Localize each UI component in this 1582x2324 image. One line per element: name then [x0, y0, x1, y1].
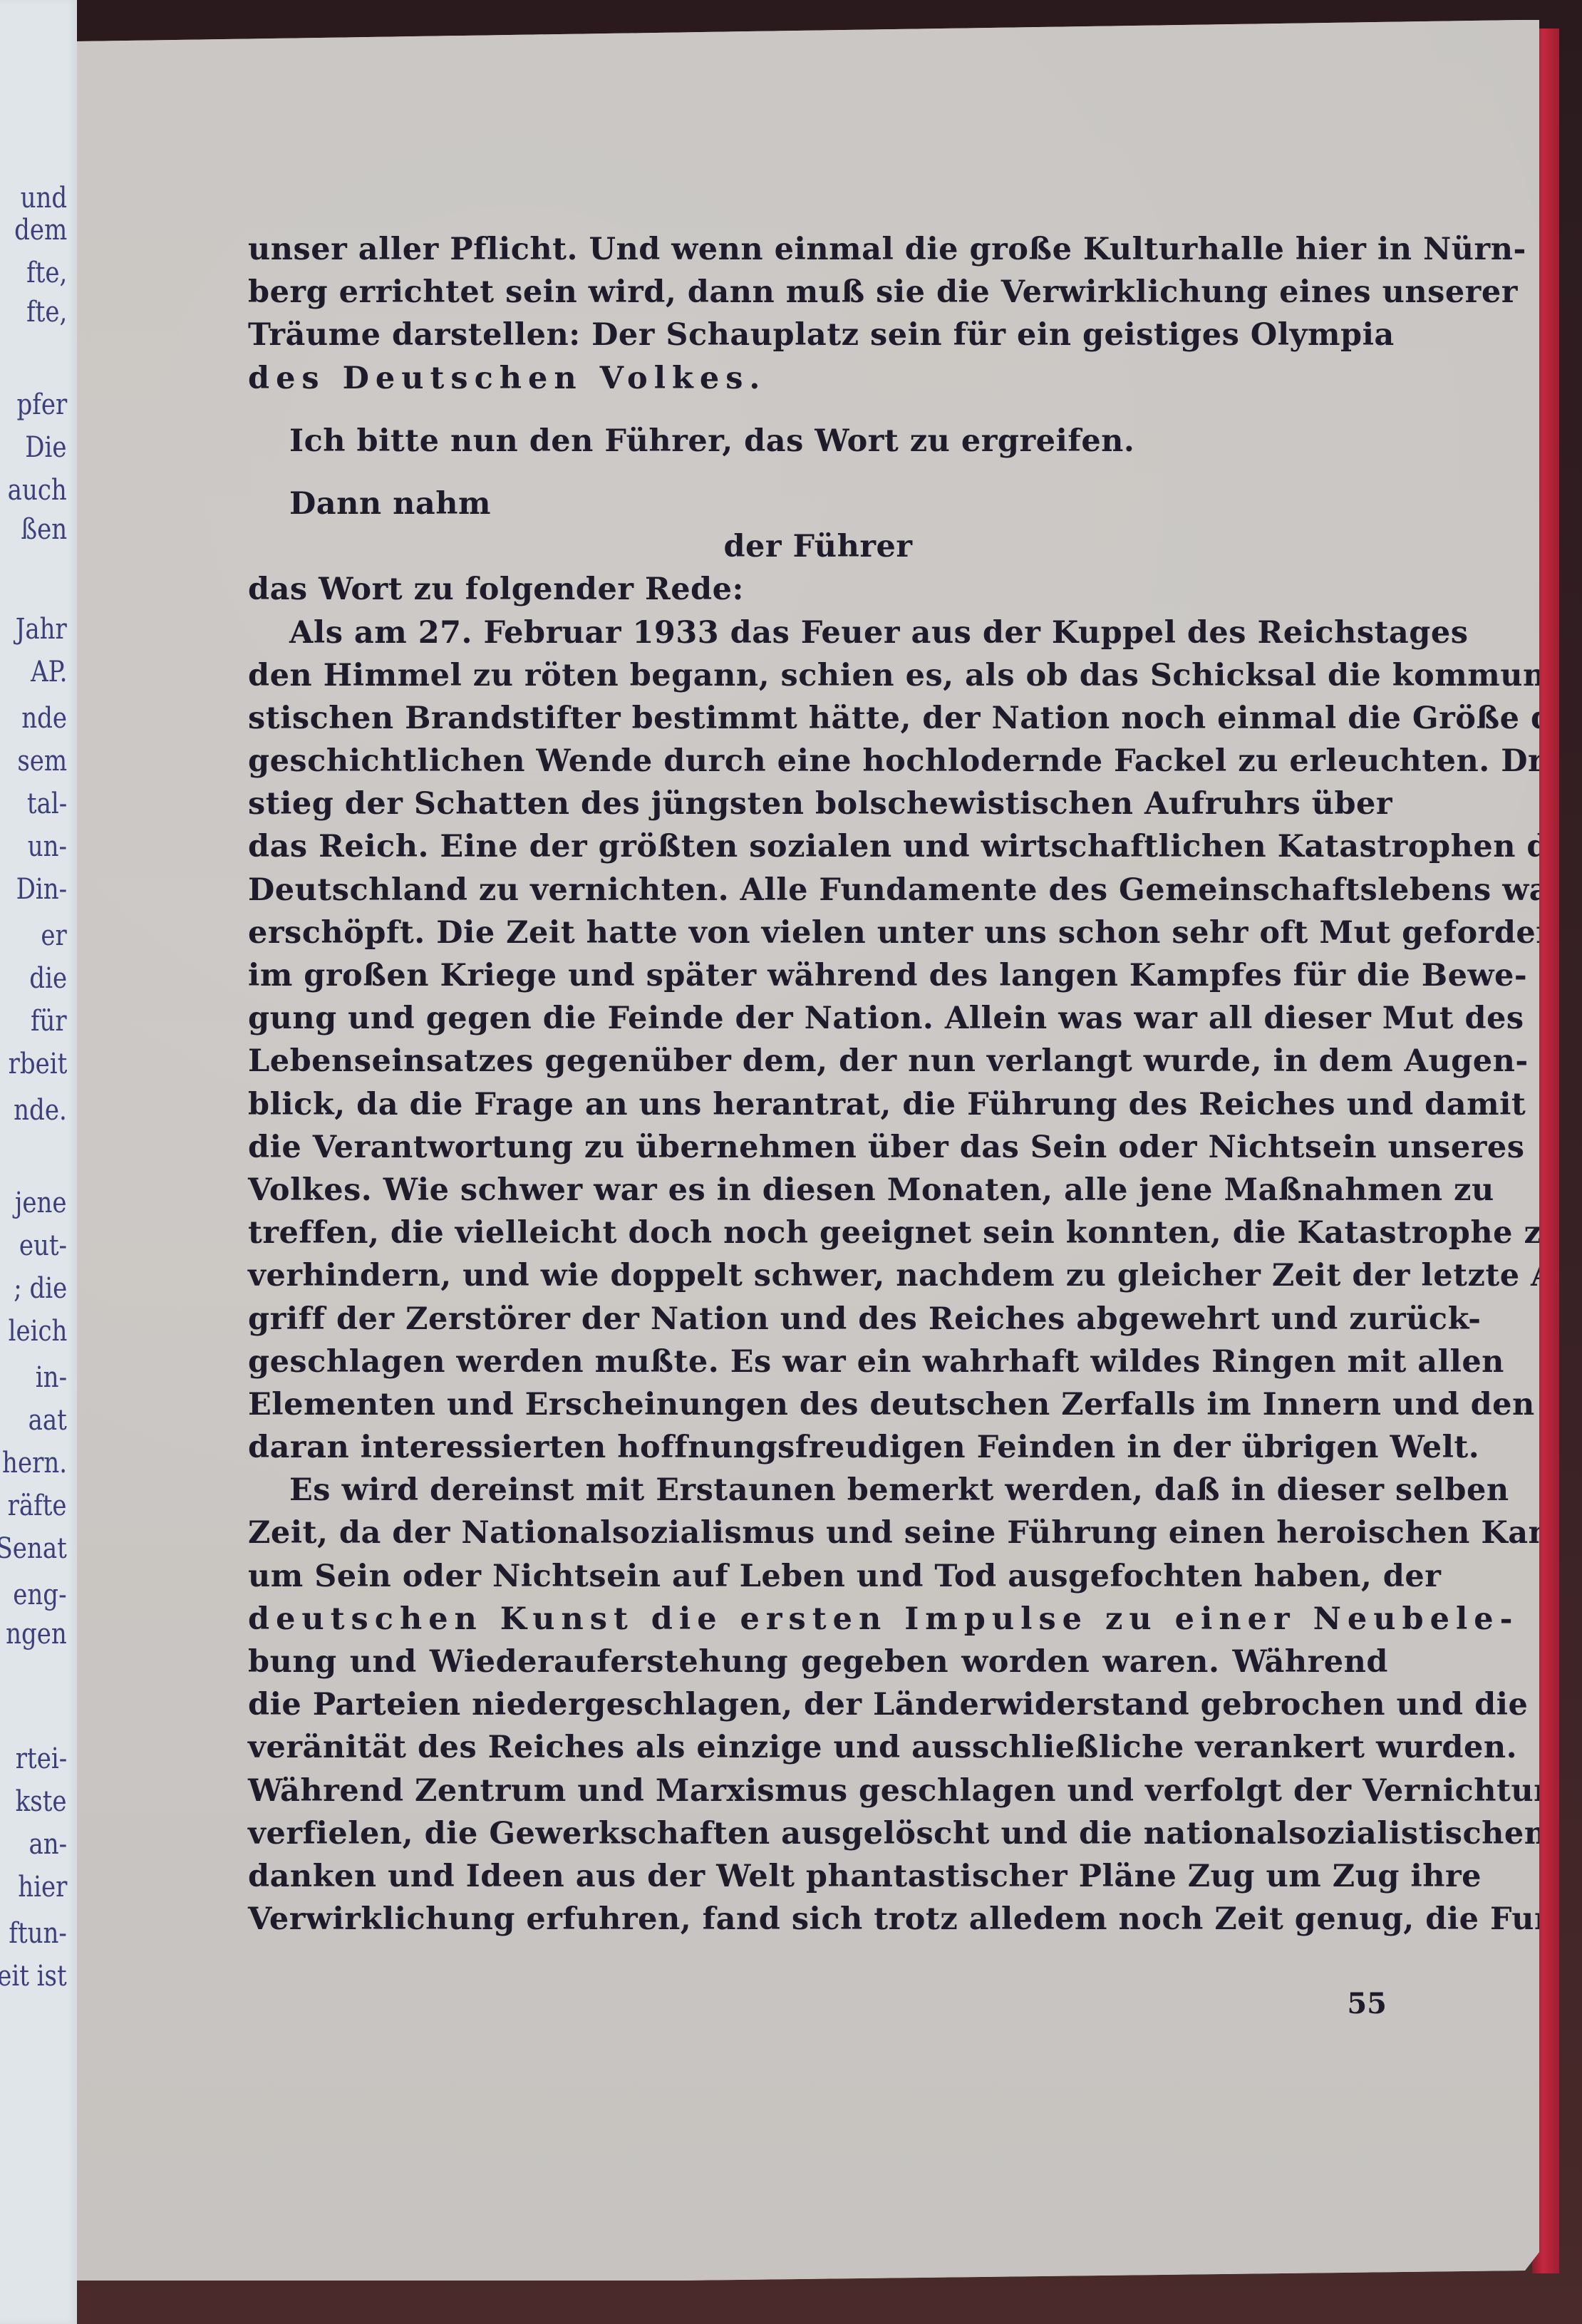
text-line: veränität des Reiches als einzige und au… [248, 1726, 1388, 1769]
left-page-fragment: Senat [0, 1532, 67, 1565]
text-line: Dann nahm [248, 482, 1388, 525]
text-line: Ich bitte nun den Führer, das Wort zu er… [248, 420, 1388, 463]
text-line: Elementen und Erscheinungen des deutsche… [248, 1383, 1388, 1426]
text-line: Träume darstellen: Der Schauplatz sein f… [248, 314, 1388, 356]
left-page-fragment: hern. [2, 1447, 67, 1479]
text-line: um Sein oder Nichtsein auf Leben und Tod… [248, 1555, 1388, 1598]
left-page-fragment: dem [14, 214, 67, 247]
left-page-fragment: ; die [14, 1272, 67, 1305]
left-page-fragment: rbeit [8, 1048, 67, 1080]
speaker-heading: der Führer [248, 525, 1388, 568]
left-page-fragment: AP. [31, 656, 67, 688]
left-page-fragment: hier [18, 1871, 67, 1904]
page-body-text: unser aller Pflicht. Und wenn einmal die… [248, 228, 1388, 1941]
text-line: im großen Kriege und später während des … [248, 954, 1388, 997]
text-line: die Parteien niedergeschlagen, der Lände… [248, 1683, 1388, 1726]
left-page-fragment: tal- [27, 787, 67, 820]
left-page-fragment: er [41, 919, 67, 952]
text-line: Als am 27. Februar 1933 das Feuer aus de… [248, 611, 1388, 654]
text-line: das Wort zu folgender Rede: [248, 568, 1388, 611]
text-line: daran interessierten hoffnungsfreudigen … [248, 1426, 1388, 1469]
text-line: verhindern, und wie doppelt schwer, nach… [248, 1254, 1388, 1297]
text-line: Es wird dereinst mit Erstaunen bemerkt w… [248, 1469, 1388, 1512]
left-page-fragment: kste [16, 1785, 67, 1818]
left-page-fragment: sem [17, 745, 67, 778]
spacer [248, 463, 1388, 482]
text-line: Zeit, da der Nationalsozialismus und sei… [248, 1512, 1388, 1554]
text-line: deutschen Kunst die ersten Impulse zu ei… [248, 1598, 1388, 1641]
left-page-fragment: in- [36, 1361, 67, 1394]
text-line: Verwirklichung erfuhren, fand sich trotz… [248, 1898, 1388, 1941]
left-page-fragment: jene [15, 1187, 67, 1219]
text-line: Deutschland zu vernichten. Alle Fundamen… [248, 869, 1388, 911]
text-line: stischen Brandstifter bestimmt hätte, de… [248, 697, 1388, 740]
text-line: verfielen, die Gewerkschaften ausgelösch… [248, 1812, 1388, 1855]
left-page: unddemfte,fte,pferDieauchßenJahrAP.ndese… [0, 0, 77, 2324]
text-line: danken und Ideen aus der Welt phantastis… [248, 1855, 1388, 1898]
text-line: geschlagen werden mußte. Es war ein wahr… [248, 1341, 1388, 1383]
text-line: das Reich. Eine der größten sozialen und… [248, 825, 1388, 868]
spacer [248, 400, 1388, 420]
text-line: Lebenseinsatzes gegenüber dem, der nun v… [248, 1040, 1388, 1083]
text-line: Während Zentrum und Marxismus geschlagen… [248, 1770, 1388, 1812]
text-line: des Deutschen Volkes. [248, 357, 1388, 400]
left-page-fragment: aat [29, 1404, 67, 1437]
text-line: erschöpft. Die Zeit hatte von vielen unt… [248, 911, 1388, 954]
left-page-fragment: räfte [8, 1489, 67, 1522]
left-page-fragment: nde [21, 702, 67, 735]
text-line: berg errichtet sein wird, dann muß sie d… [248, 271, 1388, 314]
left-page-fragment: leich [8, 1315, 67, 1348]
left-page-fragment: für [31, 1005, 67, 1038]
text-line: Volkes. Wie schwer war es in diesen Mona… [248, 1169, 1388, 1212]
left-page-fragment: fte, [26, 296, 67, 329]
page-number: 55 [1330, 1987, 1387, 2020]
left-page-fragment: nde. [14, 1094, 67, 1127]
text-line: treffen, die vielleicht doch noch geeign… [248, 1212, 1388, 1254]
left-page-fragment: ßen [21, 513, 67, 546]
left-page-fragment: eit ist [0, 1960, 67, 1993]
left-page-fragment: und [20, 182, 67, 215]
text-line: stieg der Schatten des jüngsten bolschew… [248, 783, 1388, 825]
text-line: griff der Zerstörer der Nation und des R… [248, 1298, 1388, 1341]
left-page-fragment: rtei- [16, 1742, 67, 1775]
left-page-fragment: Din- [16, 873, 67, 906]
left-page-fragment: an- [29, 1828, 67, 1861]
left-page-fragment: eut- [19, 1229, 67, 1262]
text-line: den Himmel zu röten begann, schien es, a… [248, 654, 1388, 697]
left-page-fragment: eng- [14, 1579, 67, 1611]
left-page-fragment: auch [8, 474, 67, 507]
text-line: blick, da die Frage an uns herantrat, di… [248, 1083, 1388, 1126]
left-page-fragment: Die [26, 431, 67, 464]
left-page-fragment: die [29, 962, 67, 995]
left-page-fragment: fte, [26, 257, 67, 289]
left-page-fragment: ftun- [9, 1917, 67, 1950]
text-line: bung und Wiederauferstehung gegeben word… [248, 1641, 1388, 1683]
left-page-fragment: un- [28, 830, 67, 863]
left-page-fragment: pfer [16, 388, 67, 421]
left-page-fragment: Jahr [16, 613, 67, 646]
text-line: unser aller Pflicht. Und wenn einmal die… [248, 228, 1388, 271]
text-line: geschichtlichen Wende durch eine hochlod… [248, 740, 1388, 783]
left-page-fragment: ngen [6, 1618, 67, 1651]
text-line: die Verantwortung zu übernehmen über das… [248, 1126, 1388, 1169]
right-page: unser aller Pflicht. Und wenn einmal die… [77, 20, 1539, 2281]
text-line: gung und gegen die Feinde der Nation. Al… [248, 997, 1388, 1040]
